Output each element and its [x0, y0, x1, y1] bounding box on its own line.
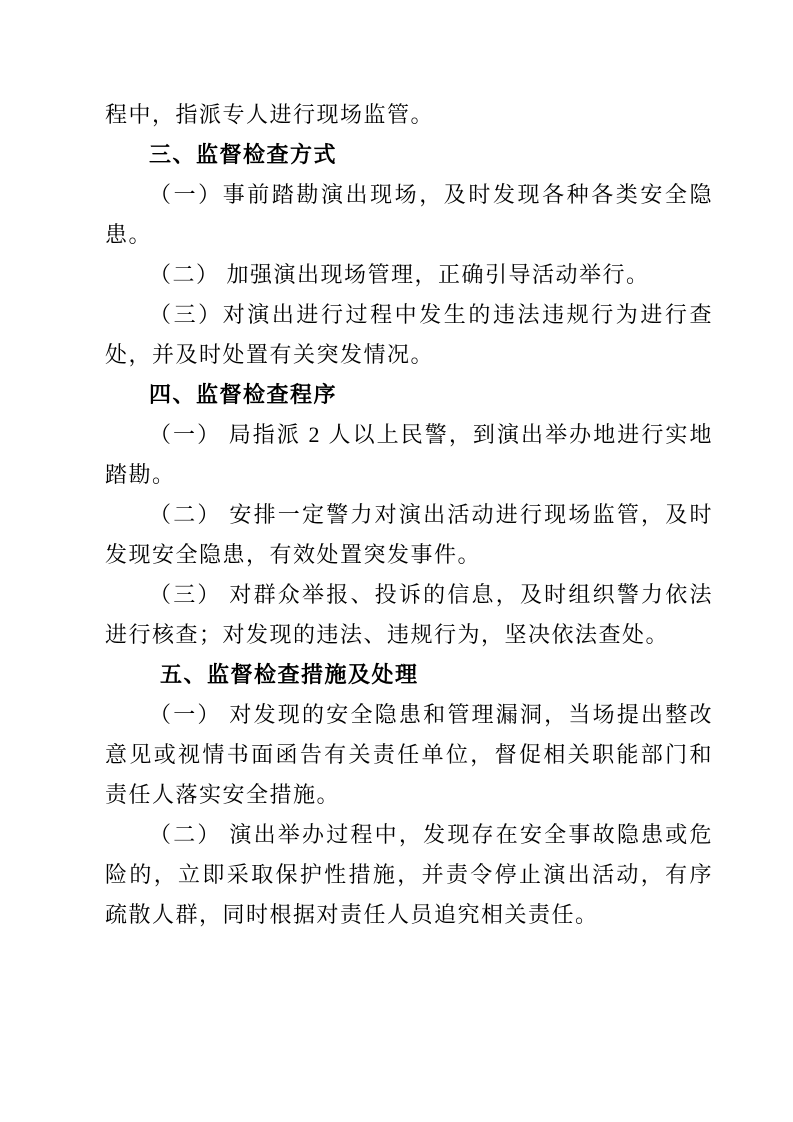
paragraph-methods-item-1: （一）事前踏勘演出现场，及时发现各种各类安全隐患。: [105, 175, 713, 255]
paragraph-procedure-item-2: （二） 安排一定警力对演出活动进行现场监管，及时发现安全隐患，有效处置突发事件。: [105, 495, 713, 575]
section-heading-inspection-methods: 三、监督检查方式: [105, 135, 713, 175]
paragraph-measures-item-1: （一） 对发现的安全隐患和管理漏洞，当场提出整改意见或视情书面函告有关责任单位，…: [105, 695, 713, 815]
paragraph-procedure-item-1: （一） 局指派 2 人以上民警，到演出举办地进行实地踏勘。: [105, 415, 713, 495]
document-page: 程中，指派专人进行现场监管。 三、监督检查方式 （一）事前踏勘演出现场，及时发现…: [0, 0, 793, 1122]
paragraph-measures-item-2: （二） 演出举办过程中，发现存在安全事故隐患或危险的，立即采取保护性措施，并责令…: [105, 815, 713, 935]
paragraph-methods-item-2: （二） 加强演出现场管理，正确引导活动举行。: [105, 255, 713, 295]
paragraph-methods-item-3: （三）对演出进行过程中发生的违法违规行为进行查处，并及时处置有关突发情况。: [105, 295, 713, 375]
section-heading-inspection-measures: 五、监督检查措施及处理: [105, 655, 713, 695]
section-heading-inspection-procedure: 四、监督检查程序: [105, 375, 713, 415]
paragraph-continuation: 程中，指派专人进行现场监管。: [105, 95, 713, 135]
paragraph-procedure-item-3: （三） 对群众举报、投诉的信息，及时组织警力依法进行核查；对发现的违法、违规行为…: [105, 575, 713, 655]
